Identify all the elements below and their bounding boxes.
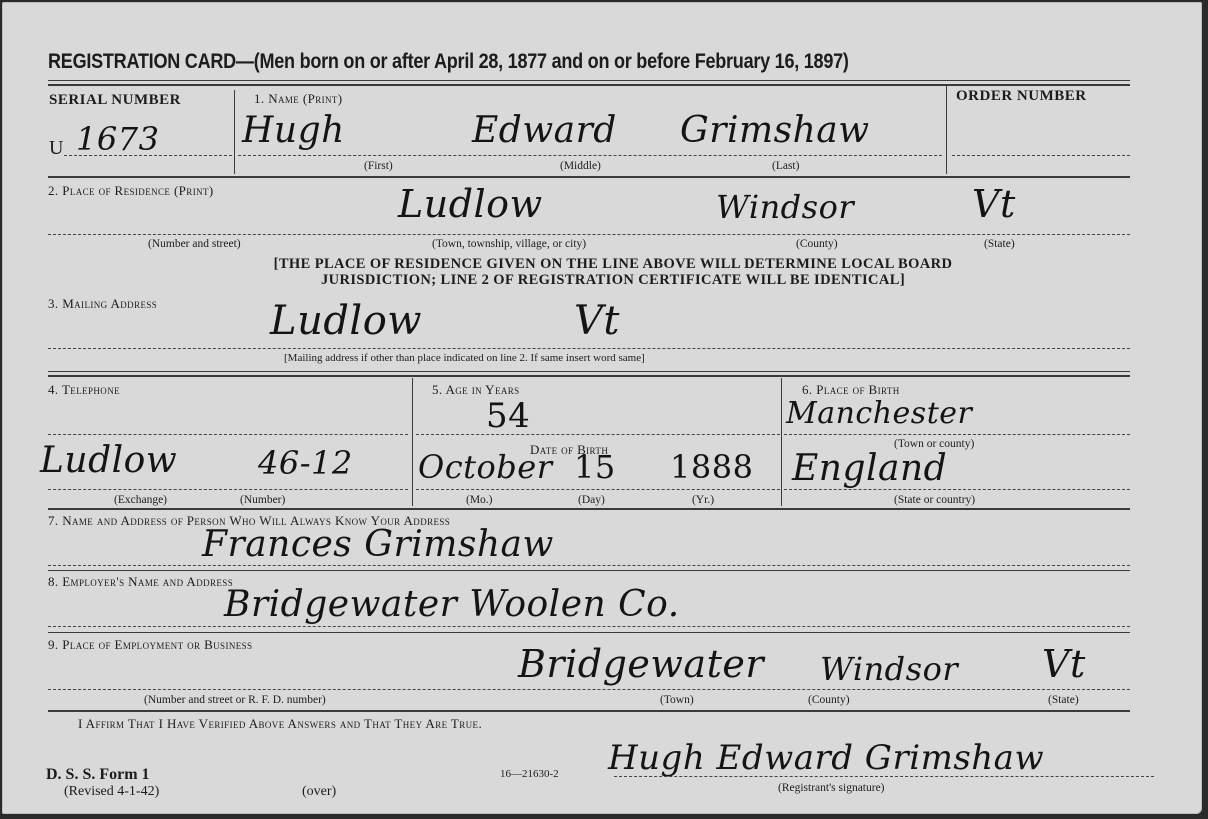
telephone-exchange-value[interactable]: Ludlow xyxy=(40,440,177,481)
employment-county-value[interactable]: Windsor xyxy=(820,650,958,688)
residence-underline xyxy=(48,234,1130,235)
serial-number-value[interactable]: 1673 xyxy=(76,120,159,158)
form-revised: (Revised 4-1-42) xyxy=(64,784,159,800)
middle-caption: (Middle) xyxy=(560,160,601,172)
first-caption: (First) xyxy=(364,160,393,172)
telephone-label: 4. Telephone xyxy=(48,382,120,398)
age-underline xyxy=(416,434,780,435)
residence-county-caption: (County) xyxy=(796,238,838,250)
order-underline xyxy=(952,155,1130,156)
residence-state-caption: (State) xyxy=(984,238,1015,250)
name-underline xyxy=(238,155,942,156)
first-name-value[interactable]: Hugh xyxy=(242,110,345,151)
contact-underline xyxy=(48,565,1130,566)
birthplace-country-caption: (State or country) xyxy=(894,494,975,506)
residence-town-caption: (Town, township, village, or city) xyxy=(432,238,586,250)
serial-divider xyxy=(234,90,235,174)
employment-street-caption: (Number and street or R. F. D. number) xyxy=(144,694,326,706)
dob-month-value[interactable]: October xyxy=(418,448,553,486)
registration-card: REGISTRATION CARD—(Men born on or after … xyxy=(2,2,1202,814)
telephone-number-caption: (Number) xyxy=(240,494,285,506)
telephone-exchange-caption: (Exchange) xyxy=(114,494,167,506)
employment-state-value[interactable]: Vt xyxy=(1042,642,1086,686)
dob-day-value[interactable]: 15 xyxy=(574,448,616,486)
birthplace-town-value[interactable]: Manchester xyxy=(786,396,972,431)
print-code: 16—21630-2 xyxy=(500,768,559,780)
signature-caption: (Registrant's signature) xyxy=(778,782,885,794)
dob-month-caption: (Mo.) xyxy=(466,494,493,506)
order-number-label: ORDER NUMBER xyxy=(956,88,1087,105)
last-name-value[interactable]: Grimshaw xyxy=(680,110,870,151)
employer-value[interactable]: Bridgewater Woolen Co. xyxy=(224,584,680,625)
row9-rule xyxy=(48,710,1130,712)
order-divider xyxy=(946,86,947,174)
telephone-number-value[interactable]: 46-12 xyxy=(258,444,353,482)
age-value[interactable]: 54 xyxy=(486,396,530,436)
residence-street-caption: (Number and street) xyxy=(148,238,241,250)
employment-town-value[interactable]: Bridgewater xyxy=(518,642,764,686)
dob-year-caption: (Yr.) xyxy=(692,494,714,506)
form-id: D. S. S. Form 1 xyxy=(46,766,150,784)
telephone-age-divider xyxy=(412,378,413,506)
dob-year-value[interactable]: 1888 xyxy=(670,448,753,486)
employer-underline xyxy=(48,626,1130,627)
serial-number-label: SERIAL NUMBER xyxy=(49,92,181,109)
mailing-town-value[interactable]: Ludlow xyxy=(270,298,422,344)
signature-underline xyxy=(614,776,1154,777)
mailing-caption: [Mailing address if other than place ind… xyxy=(284,352,645,364)
dob-day-caption: (Day) xyxy=(578,494,605,506)
contact-value[interactable]: Frances Grimshaw xyxy=(202,524,554,565)
residence-notice: [THE PLACE OF RESIDENCE GIVEN ON THE LIN… xyxy=(48,256,1178,288)
residence-notice-line1: [THE PLACE OF RESIDENCE GIVEN ON THE LIN… xyxy=(48,256,1178,272)
last-caption: (Last) xyxy=(772,160,799,172)
middle-name-value[interactable]: Edward xyxy=(472,110,617,151)
serial-prefix: U xyxy=(49,137,63,160)
employment-town-caption: (Town) xyxy=(660,694,694,706)
telephone-underline xyxy=(48,489,408,490)
row8-rule xyxy=(48,632,1130,633)
serial-underline xyxy=(64,155,232,156)
residence-town-value[interactable]: Ludlow xyxy=(398,182,543,226)
over-note: (over) xyxy=(302,784,336,800)
card-title: REGISTRATION CARD—(Men born on or after … xyxy=(48,50,849,74)
birthplace-town-underline xyxy=(784,434,1130,435)
telephone-upper-line xyxy=(48,434,408,435)
signature-value[interactable]: Hugh Edward Grimshaw xyxy=(608,738,1044,778)
residence-label: 2. Place of Residence (Print) xyxy=(48,183,214,199)
birthplace-country-value[interactable]: England xyxy=(792,448,947,489)
mailing-underline xyxy=(48,348,1130,349)
title-rule xyxy=(48,80,1130,86)
residence-county-value[interactable]: Windsor xyxy=(716,188,854,226)
name-label: 1. Name (Print) xyxy=(254,91,343,107)
birthplace-country-underline xyxy=(784,489,1130,490)
mailing-state-value[interactable]: Vt xyxy=(574,298,620,344)
affirm-text: I Affirm That I Have Verified Above Answ… xyxy=(78,716,482,732)
dob-underline xyxy=(416,489,780,490)
residence-state-value[interactable]: Vt xyxy=(972,182,1016,226)
mailing-label: 3. Mailing Address xyxy=(48,296,157,312)
employment-state-caption: (State) xyxy=(1048,694,1079,706)
employment-place-label: 9. Place of Employment or Business xyxy=(48,637,252,653)
row1-rule xyxy=(48,176,1130,178)
employment-underline xyxy=(48,689,1130,690)
row7-rule xyxy=(48,570,1130,571)
row3-rule xyxy=(48,371,1130,377)
employer-label: 8. Employer's Name and Address xyxy=(48,574,233,590)
row4-rule xyxy=(48,508,1130,510)
residence-notice-line2: JURISDICTION; LINE 2 OF REGISTRATION CER… xyxy=(48,272,1178,288)
employment-county-caption: (County) xyxy=(808,694,850,706)
age-birthplace-divider xyxy=(781,378,782,506)
